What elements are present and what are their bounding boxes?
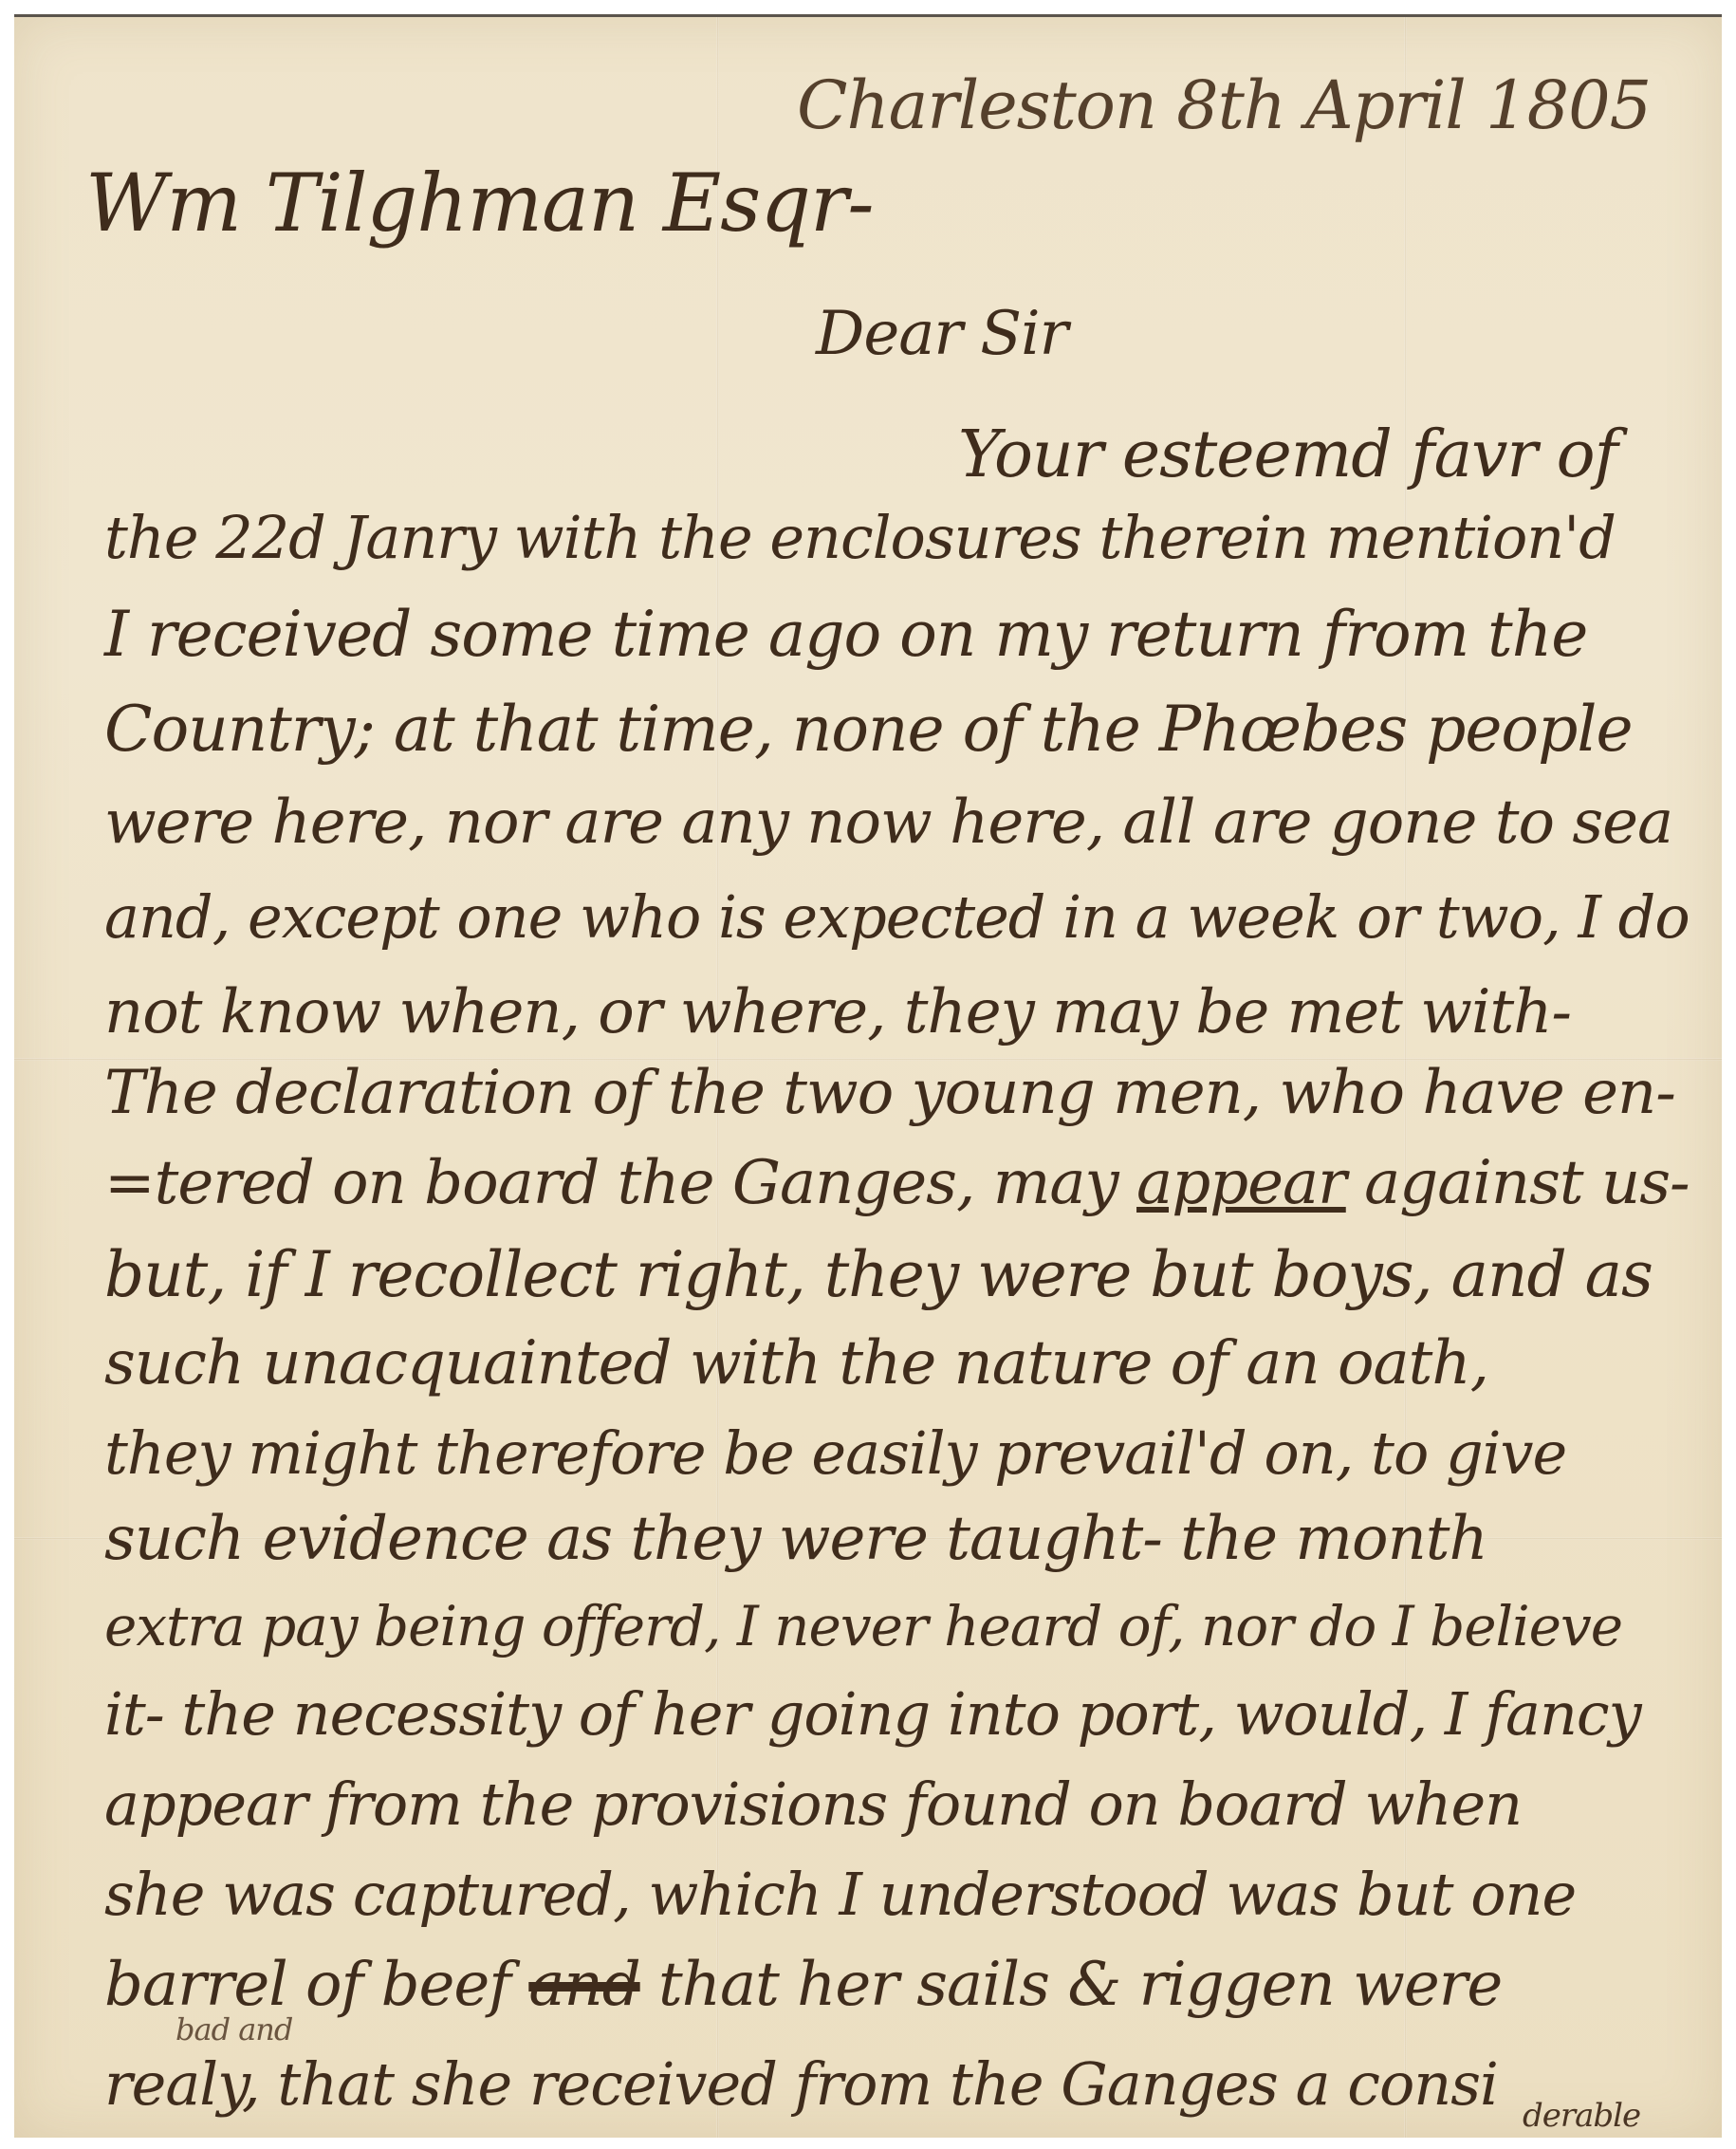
letter-line: Country; at that time, none of the Phœbe… bbox=[104, 693, 1633, 766]
letter-line: they might therefore be easily prevail'd… bbox=[104, 1418, 1566, 1488]
opening-line: Your esteemd favr of bbox=[958, 417, 1617, 492]
text-segment: that her sails & riggen were bbox=[658, 1950, 1502, 2020]
letter-line: extra pay being offerd, I never heard of… bbox=[104, 1594, 1622, 1658]
letter-line: barrel of beef and that her sails & rigg… bbox=[104, 1950, 1502, 2020]
letter-line: the 22d Janry with the enclosures therei… bbox=[104, 503, 1616, 572]
letter-line: realy, that she received from the Ganges… bbox=[104, 2049, 1498, 2119]
place-and-date: Charleston 8th April 1805 bbox=[797, 66, 1651, 144]
struck-through-word: and bbox=[528, 1950, 639, 2020]
letter-line: such evidence as they were taught- the m… bbox=[104, 1504, 1487, 1574]
catchword: derable bbox=[1523, 2097, 1640, 2135]
letter-line: she was captured, which I understood was… bbox=[104, 1860, 1576, 1929]
underlined-word: appear bbox=[1136, 1148, 1346, 1218]
text-segment: against us- bbox=[1346, 1148, 1690, 1218]
letter-line: and, except one who is expected in a wee… bbox=[104, 882, 1690, 952]
letter-line: were here, nor are any now here, all are… bbox=[104, 787, 1672, 858]
letter-line: such unacquainted with the nature of an … bbox=[104, 1328, 1488, 1399]
interlinear-insertion: bad and bbox=[175, 2011, 292, 2047]
letter-line: The declaration of the two young men, wh… bbox=[104, 1058, 1675, 1128]
letter-line: appear from the provisions found on boar… bbox=[104, 1769, 1522, 1839]
salutation: Dear Sir bbox=[816, 299, 1067, 369]
text-segment: =tered on board the Ganges, may bbox=[104, 1148, 1136, 1218]
letter-line: but, if I recollect right, they were but… bbox=[104, 1238, 1653, 1311]
text-segment: barrel of beef bbox=[104, 1950, 510, 2020]
letter-line: it- the necessity of her going into port… bbox=[104, 1679, 1641, 1749]
letter-line: =tered on board the Ganges, may appear a… bbox=[104, 1148, 1690, 1218]
addressee: Wm Tilghman Esqr- bbox=[85, 157, 874, 250]
letter-line: I received some time ago on my return fr… bbox=[104, 598, 1587, 671]
letter-line: not know when, or where, they may be met… bbox=[104, 977, 1571, 1047]
